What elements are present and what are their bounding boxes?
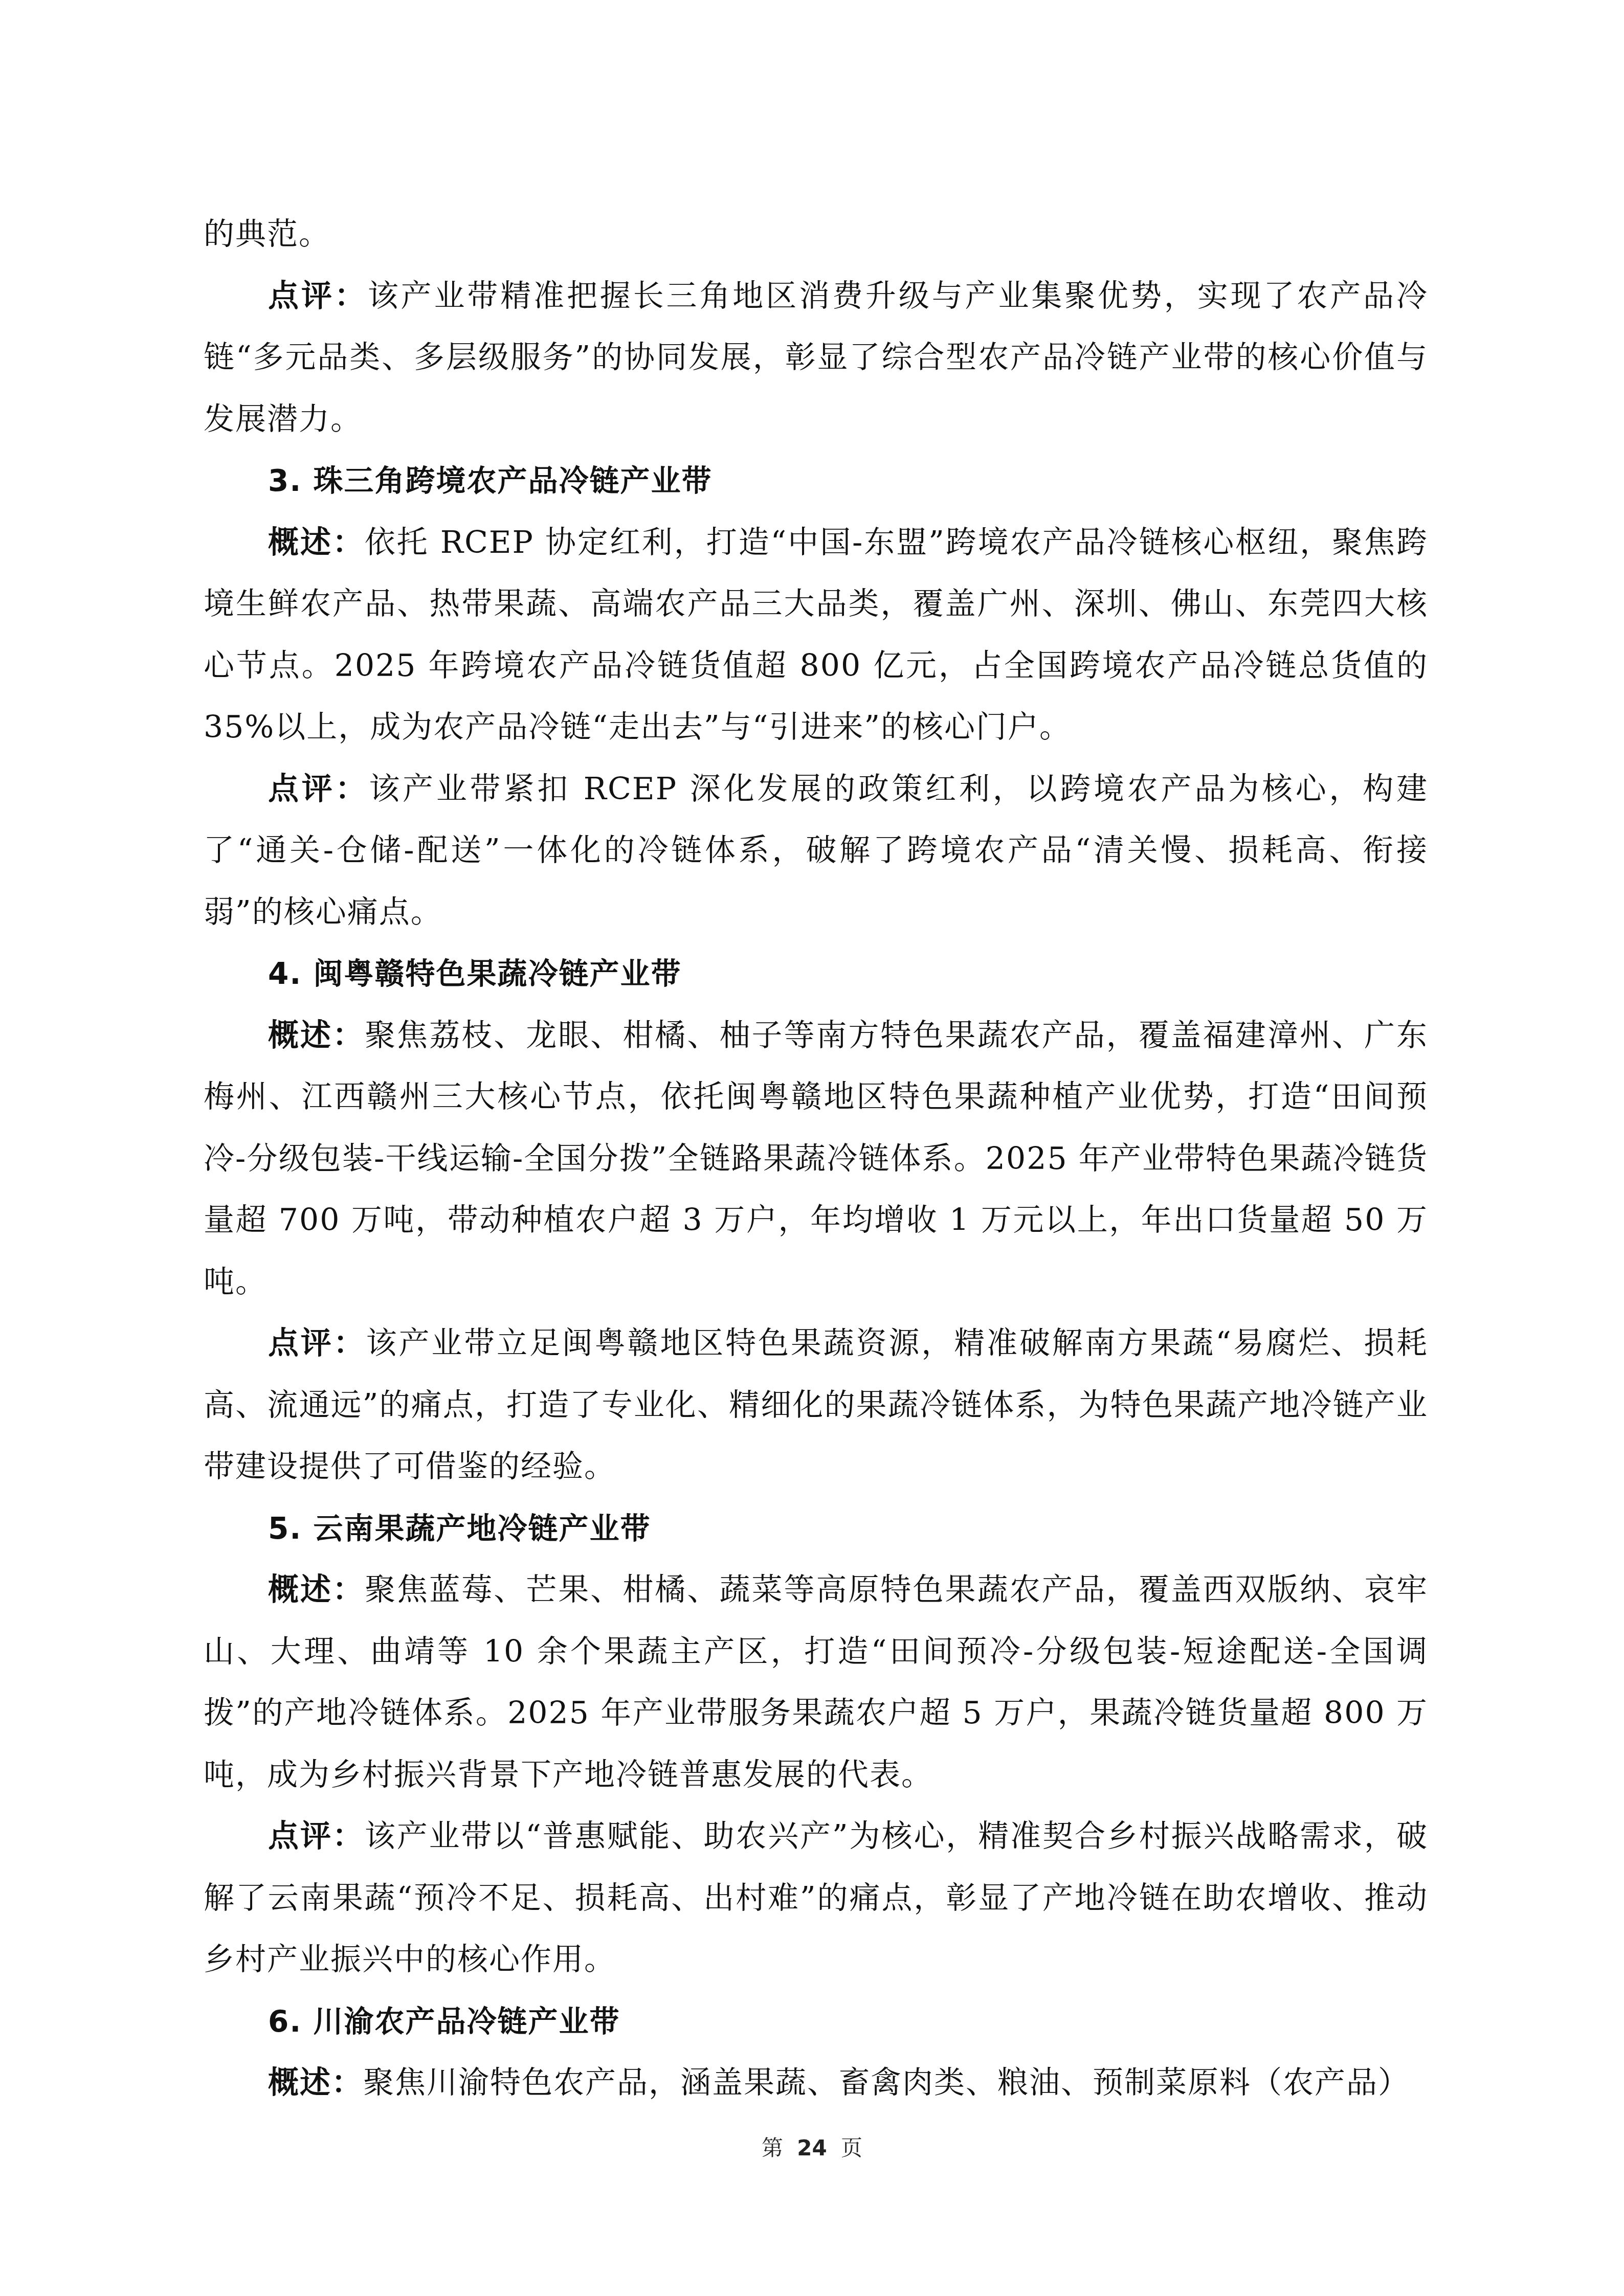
comment-paragraph: 点评：该产业带立足闽粤赣地区特色果蔬资源，精准破解南方果蔬“易腐烂、损耗高、流通… <box>204 1313 1428 1498</box>
comment-paragraph: 点评：该产业带精准把握长三角地区消费升级与产业集聚优势，实现了农产品冷链“多元品… <box>204 265 1428 451</box>
overview-text: 依托 RCEP 协定红利，打造“中国-东盟”跨境农产品冷链核心枢纽，聚焦跨境生鲜… <box>204 525 1428 746</box>
page-prefix: 第 <box>762 2135 783 2160</box>
overview-text: 聚焦荔枝、龙眼、柑橘、柚子等南方特色果蔬农产品，覆盖福建漳州、广东梅州、江西赣州… <box>204 1018 1428 1300</box>
page-number: 24 <box>797 2135 827 2160</box>
comment-label: 点评： <box>268 771 369 807</box>
overview-paragraph: 概述：聚焦荔枝、龙眼、柑橘、柚子等南方特色果蔬农产品，覆盖福建漳州、广东梅州、江… <box>204 1005 1428 1313</box>
overview-paragraph: 概述：聚焦蓝莓、芒果、柑橘、蔬菜等高原特色果蔬农产品，覆盖西双版纳、哀牢山、大理… <box>204 1559 1428 1806</box>
section-heading: 3. 珠三角跨境农产品冷链产业带 <box>204 450 1428 512</box>
comment-text: 该产业带以“普惠赋能、助农兴产”为核心，精准契合乡村振兴战略需求，破解了云南果蔬… <box>204 1818 1428 1977</box>
comment-text: 该产业带立足闽粤赣地区特色果蔬资源，精准破解南方果蔬“易腐烂、损耗高、流通远”的… <box>204 1325 1428 1484</box>
overview-label: 概述： <box>268 525 365 560</box>
continuation-paragraph: 的典范。 <box>204 204 1428 265</box>
overview-paragraph: 概述：依托 RCEP 协定红利，打造“中国-东盟”跨境农产品冷链核心枢纽，聚焦跨… <box>204 512 1428 758</box>
comment-label: 点评： <box>268 1325 366 1361</box>
overview-text: 聚焦川渝特色农产品，涵盖果蔬、畜禽肉类、粮油、预制菜原料（农产品） <box>363 2065 1410 2101</box>
section-heading: 6. 川渝农产品冷链产业带 <box>204 1991 1428 2053</box>
page-footer: 第 24 页 <box>0 2131 1624 2162</box>
overview-paragraph: 概述：聚焦川渝特色农产品，涵盖果蔬、畜禽肉类、粮油、预制菜原料（农产品） <box>204 2052 1428 2114</box>
page-suffix: 页 <box>841 2135 862 2160</box>
comment-text: 该产业带紧扣 RCEP 深化发展的政策红利，以跨境农产品为核心，构建了“通关-仓… <box>204 771 1428 930</box>
overview-label: 概述： <box>268 2065 363 2101</box>
overview-text: 聚焦蓝莓、芒果、柑橘、蔬菜等高原特色果蔬农产品，覆盖西双版纳、哀牢山、大理、曲靖… <box>204 1572 1428 1793</box>
comment-paragraph: 点评：该产业带以“普惠赋能、助农兴产”为核心，精准契合乡村振兴战略需求，破解了云… <box>204 1806 1428 1991</box>
overview-label: 概述： <box>268 1572 365 1608</box>
comment-paragraph: 点评：该产业带紧扣 RCEP 深化发展的政策红利，以跨境农产品为核心，构建了“通… <box>204 758 1428 943</box>
comment-label: 点评： <box>268 278 368 314</box>
document-page: 的典范。 点评：该产业带精准把握长三角地区消费升级与产业集聚优势，实现了农产品冷… <box>204 204 1428 2114</box>
section-heading: 5. 云南果蔬产地冷链产业带 <box>204 1498 1428 1560</box>
comment-label: 点评： <box>268 1818 365 1854</box>
comment-text: 该产业带精准把握长三角地区消费升级与产业集聚优势，实现了农产品冷链“多元品类、多… <box>204 278 1428 437</box>
section-heading: 4. 闽粤赣特色果蔬冷链产业带 <box>204 943 1428 1005</box>
overview-label: 概述： <box>268 1018 365 1053</box>
